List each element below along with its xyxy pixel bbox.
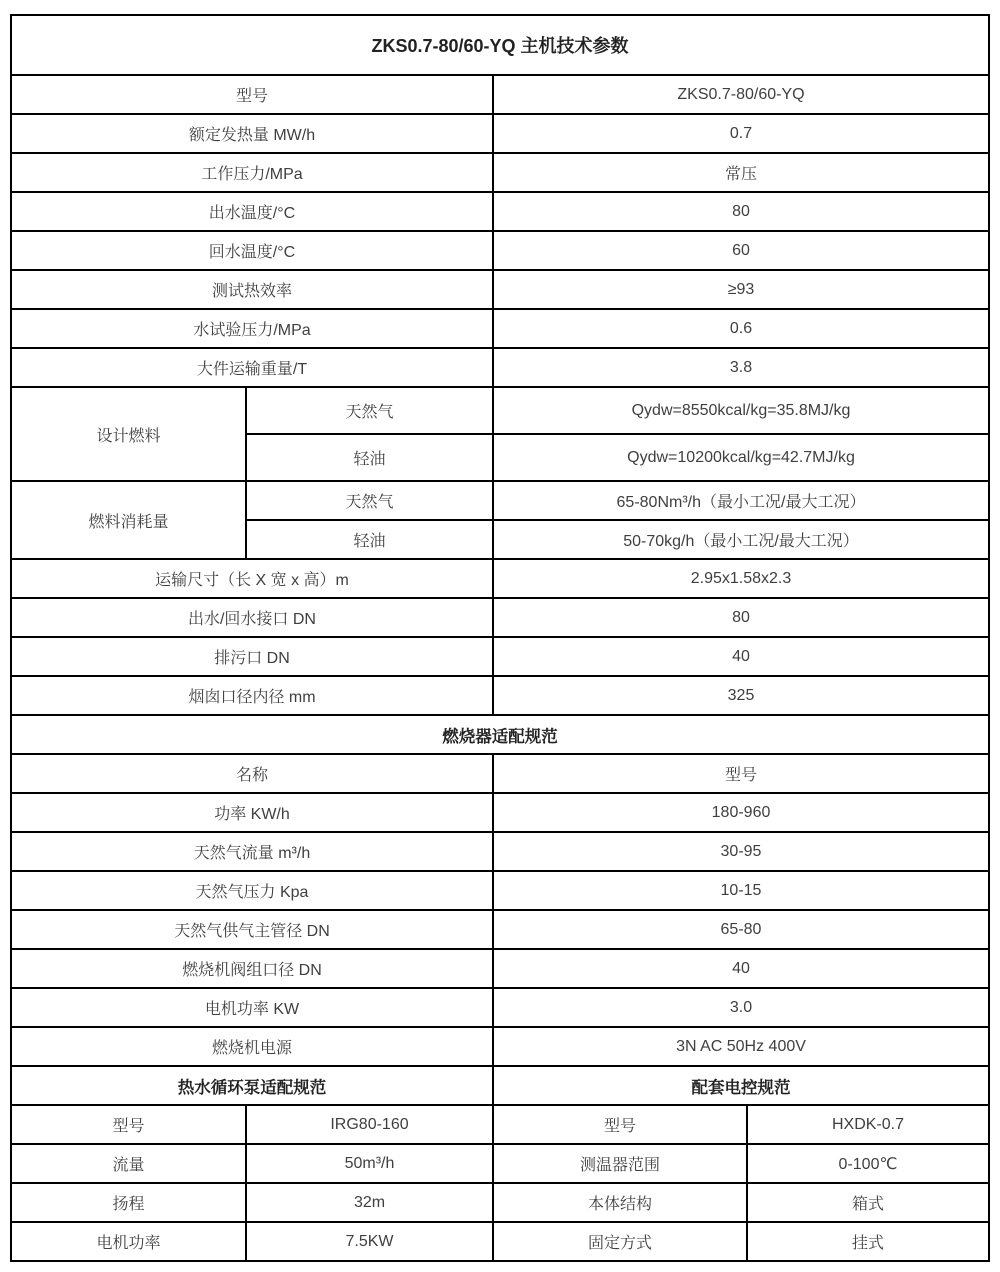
row-value: ≥93 [493, 270, 989, 309]
row-value: 3N AC 50Hz 400V [493, 1027, 989, 1066]
row-value: 50-70kg/h（最小工况/最大工况） [493, 520, 989, 559]
row-value: 325 [493, 676, 989, 715]
row-label: 功率 KW/h [11, 793, 493, 832]
fuel-group-label: 设计燃料 [11, 387, 246, 481]
section-header-control: 配套电控规范 [493, 1066, 989, 1105]
table-row: 电机功率 7.5KW 固定方式 挂式 [11, 1222, 989, 1261]
row-label: 固定方式 [493, 1222, 747, 1261]
row-value: ZKS0.7-80/60-YQ [493, 75, 989, 114]
table-row: 电机功率 KW 3.0 [11, 988, 989, 1027]
spec-table: ZKS0.7-80/60-YQ 主机技术参数 型号 ZKS0.7-80/60-Y… [10, 14, 990, 1262]
table-row: 回水温度/°C 60 [11, 231, 989, 270]
row-value: 挂式 [747, 1222, 989, 1261]
table-title: ZKS0.7-80/60-YQ 主机技术参数 [11, 15, 989, 75]
row-value: 60 [493, 231, 989, 270]
row-value: 10-15 [493, 871, 989, 910]
table-row: 出水/回水接口 DN 80 [11, 598, 989, 637]
table-row: 水试验压力/MPa 0.6 [11, 309, 989, 348]
row-value: 2.95x1.58x2.3 [493, 559, 989, 598]
row-label: 型号 [11, 1105, 246, 1144]
table-row: 工作压力/MPa 常压 [11, 153, 989, 192]
row-value: 50m³/h [246, 1144, 493, 1183]
table-row: 额定发热量 MW/h 0.7 [11, 114, 989, 153]
row-value: 3.8 [493, 348, 989, 387]
row-value: 32m [246, 1183, 493, 1222]
table-row: 运输尺寸（长 X 宽 x 高）m 2.95x1.58x2.3 [11, 559, 989, 598]
fuel-type-label: 轻油 [246, 434, 493, 481]
row-label: 大件运输重量/T [11, 348, 493, 387]
row-label: 天然气供气主管径 DN [11, 910, 493, 949]
row-value: 0.7 [493, 114, 989, 153]
table-row: 天然气供气主管径 DN 65-80 [11, 910, 989, 949]
row-label: 名称 [11, 754, 493, 793]
table-row: 功率 KW/h 180-960 [11, 793, 989, 832]
row-value: 7.5KW [246, 1222, 493, 1261]
row-label: 电机功率 KW [11, 988, 493, 1027]
row-value: Qydw=8550kcal/kg=35.8MJ/kg [493, 387, 989, 434]
row-value: 型号 [493, 754, 989, 793]
row-value: 80 [493, 598, 989, 637]
table-row: ZKS0.7-80/60-YQ 主机技术参数 [11, 15, 989, 75]
row-value: 40 [493, 637, 989, 676]
row-label: 型号 [11, 75, 493, 114]
table-row: 出水温度/°C 80 [11, 192, 989, 231]
table-row: 型号 IRG80-160 型号 HXDK-0.7 [11, 1105, 989, 1144]
table-row: 大件运输重量/T 3.8 [11, 348, 989, 387]
row-label: 水试验压力/MPa [11, 309, 493, 348]
row-label: 排污口 DN [11, 637, 493, 676]
row-value: 80 [493, 192, 989, 231]
row-label: 本体结构 [493, 1183, 747, 1222]
row-label: 天然气流量 m³/h [11, 832, 493, 871]
table-row: 设计燃料 天然气 Qydw=8550kcal/kg=35.8MJ/kg [11, 387, 989, 434]
row-value: HXDK-0.7 [747, 1105, 989, 1144]
row-value: 180-960 [493, 793, 989, 832]
row-label: 扬程 [11, 1183, 246, 1222]
table-row: 燃烧器适配规范 [11, 715, 989, 754]
row-label: 燃烧机阀组口径 DN [11, 949, 493, 988]
section-header-pump: 热水循环泵适配规范 [11, 1066, 493, 1105]
table-row: 扬程 32m 本体结构 箱式 [11, 1183, 989, 1222]
row-value: 箱式 [747, 1183, 989, 1222]
table-row: 燃料消耗量 天然气 65-80Nm³/h（最小工况/最大工况） [11, 481, 989, 520]
table-row: 天然气压力 Kpa 10-15 [11, 871, 989, 910]
row-label: 运输尺寸（长 X 宽 x 高）m [11, 559, 493, 598]
table-row: 型号 ZKS0.7-80/60-YQ [11, 75, 989, 114]
row-label: 回水温度/°C [11, 231, 493, 270]
row-value: 0.6 [493, 309, 989, 348]
row-value: 30-95 [493, 832, 989, 871]
table-row: 名称 型号 [11, 754, 989, 793]
fuel-type-label: 轻油 [246, 520, 493, 559]
table-row: 燃烧机阀组口径 DN 40 [11, 949, 989, 988]
fuel-type-label: 天然气 [246, 481, 493, 520]
table-row: 排污口 DN 40 [11, 637, 989, 676]
fuel-type-label: 天然气 [246, 387, 493, 434]
fuel-group-label: 燃料消耗量 [11, 481, 246, 559]
row-value: 40 [493, 949, 989, 988]
table-row: 流量 50m³/h 测温器范围 0-100℃ [11, 1144, 989, 1183]
table-row: 烟囱口径内径 mm 325 [11, 676, 989, 715]
table-row: 天然气流量 m³/h 30-95 [11, 832, 989, 871]
row-label: 电机功率 [11, 1222, 246, 1261]
row-label: 工作压力/MPa [11, 153, 493, 192]
section-header: 燃烧器适配规范 [11, 715, 989, 754]
table-row: 热水循环泵适配规范 配套电控规范 [11, 1066, 989, 1105]
row-value: 3.0 [493, 988, 989, 1027]
row-label: 额定发热量 MW/h [11, 114, 493, 153]
row-value: 常压 [493, 153, 989, 192]
row-label: 测温器范围 [493, 1144, 747, 1183]
table-row: 燃烧机电源 3N AC 50Hz 400V [11, 1027, 989, 1066]
row-label: 烟囱口径内径 mm [11, 676, 493, 715]
row-value: 65-80 [493, 910, 989, 949]
row-label: 型号 [493, 1105, 747, 1144]
row-label: 出水/回水接口 DN [11, 598, 493, 637]
row-value: 0-100℃ [747, 1144, 989, 1183]
row-value: IRG80-160 [246, 1105, 493, 1144]
row-label: 测试热效率 [11, 270, 493, 309]
row-label: 天然气压力 Kpa [11, 871, 493, 910]
row-value: Qydw=10200kcal/kg=42.7MJ/kg [493, 434, 989, 481]
row-value: 65-80Nm³/h（最小工况/最大工况） [493, 481, 989, 520]
table-row: 测试热效率 ≥93 [11, 270, 989, 309]
row-label: 燃烧机电源 [11, 1027, 493, 1066]
page: ZKS0.7-80/60-YQ 主机技术参数 型号 ZKS0.7-80/60-Y… [0, 0, 1000, 1272]
row-label: 出水温度/°C [11, 192, 493, 231]
row-label: 流量 [11, 1144, 246, 1183]
